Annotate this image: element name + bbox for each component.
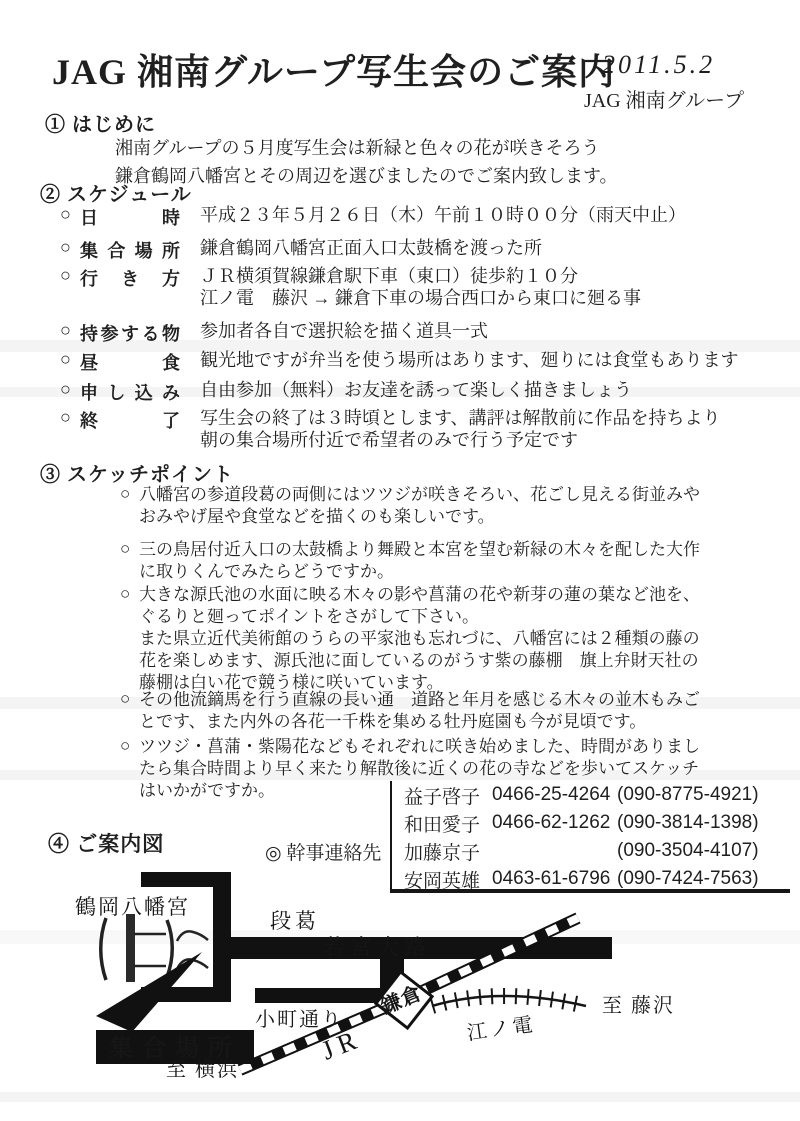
contact-mobile: (090-3814-1398) (617, 812, 759, 834)
enoden-label: 江ノ電 (465, 1013, 537, 1045)
schedule-row-access: ○ 行き方 ＪＲ横須賀線鎌倉駅下車（東口）徒歩約１０分 江ノ電 藤沢 → 鎌倉下… (60, 265, 641, 309)
section-heading-sketch-points: ③ スケッチポイント (40, 458, 234, 487)
section-heading-schedule: ② スケジュール (40, 178, 192, 207)
schedule-label: 終了 (80, 407, 180, 451)
sketch-point-item: ○ 大きな源氏池の水面に映る木々の影や菖蒲の花や新芽の蓮の葉など池を、 ぐるりと… (120, 584, 700, 694)
sketch-point-line: に取りくんでみたらどうですか。 (139, 561, 700, 583)
schedule-label: 集合場所 (80, 237, 180, 263)
circle-bullet-icon: ○ (120, 736, 139, 802)
schedule-row-end: ○ 終了 写生会の終了は３時頃とします、講評は解散前に作品を持ちより 朝の集合場… (60, 407, 721, 451)
schedule-value: 参加者各自で選択絵を描く道具一式 (200, 320, 488, 346)
schedule-label: 持参する物 (80, 320, 180, 346)
meeting-place-label: 集合場所 (109, 1034, 241, 1062)
schedule-row-datetime: ○ 日時 平成２３年５月２６日（木）午前１０時００分（雨天中止） (60, 204, 686, 230)
sketch-point-line: おみやげ屋や食堂などを描くのも楽しいです。 (139, 506, 700, 528)
map-road-komachi-dori (255, 988, 386, 1003)
schedule-value-line: 鎌倉鶴岡八幡宮正面入口太鼓橋を渡った所 (200, 237, 542, 259)
doc-group-name: JAG 湘南グループ (584, 84, 744, 113)
circle-bullet-icon: ○ (60, 379, 80, 405)
contact-tel: 0466-62-1262 (492, 812, 617, 834)
schedule-label: 申し込み (80, 379, 180, 405)
schedule-value: 観光地ですが弁当を使う場所はあります、廻りには食堂もあります (200, 349, 739, 375)
to-yokohama-label: 至 横浜 (166, 1058, 239, 1081)
section-heading-map: ④ ご案内図 (48, 828, 164, 858)
contact-mobile: (090-8775-4921) (617, 784, 759, 806)
sketch-point-line: また県立近代美術館のうらの平家池も忘れづに、八幡宮には２種類の藤の (139, 628, 700, 650)
sketch-point-line: ぐるりと廻ってポイントをさがして下さい。 (139, 606, 700, 628)
schedule-value-line: ＪＲ横須賀線鎌倉駅下車（東口）徒歩約１０分 (200, 265, 641, 287)
schedule-value: 自由参加（無料）お友達を誘って楽しく描きましょう (200, 379, 632, 405)
map-enoden-railway-line (432, 996, 586, 1006)
schedule-row-bring: ○ 持参する物 参加者各自で選択絵を描く道具一式 (60, 320, 488, 346)
intro-line: 湘南グループの５月度写生会は新緑と色々の花が咲きそろう (115, 134, 618, 162)
contact-row: 益子啓子 0466-25-4264 (090-8775-4921) (404, 781, 790, 809)
torii-gate-icon (101, 914, 173, 982)
contact-name: 益子啓子 (404, 782, 492, 809)
contact-tel: 0466-25-4264 (492, 784, 617, 806)
drum-bridge-icon (177, 931, 208, 969)
circle-bullet-icon: ○ (60, 265, 80, 309)
sketch-point-text: 八幡宮の参道段葛の両側にはツツジが咲きそろい、花ごし見える街並みや おみやげ屋や… (139, 484, 700, 528)
doc-date: 2011.5.2 (602, 50, 715, 80)
schedule-row-lunch: ○ 昼食 観光地ですが弁当を使う場所はあります、廻りには食堂もあります (60, 349, 739, 375)
shrine-label: 鶴岡八幡宮 (75, 895, 190, 919)
schedule-value-line: 参加者各自で選択絵を描く道具一式 (200, 320, 488, 342)
circle-bullet-icon: ○ (120, 689, 139, 733)
schedule-value-line: 平成２３年５月２６日（木）午前１０時００分（雨天中止） (200, 204, 686, 226)
schedule-value-line: 自由参加（無料）お友達を誘って楽しく描きましょう (200, 379, 632, 401)
schedule-value: 写生会の終了は３時頃とします、講評は解散前に作品を持ちより 朝の集合場所付近で希… (200, 407, 721, 451)
sketch-point-line: たら集合時間より早く来たり解散後に近くの花の寺などを歩いてスケッチ (139, 758, 700, 780)
schedule-value-line: 朝の集合場所付近で希望者のみで行う予定です (200, 429, 721, 451)
sketch-point-line: とです、また内外の各花一千株を集める牡丹庭園も今が見頃です。 (139, 711, 700, 733)
sketch-point-line: 大きな源氏池の水面に映る木々の影や菖蒲の花や新芽の蓮の葉など池を、 (139, 584, 700, 606)
sketch-point-line: 八幡宮の参道段葛の両側にはツツジが咲きそろい、花ごし見える街並みや (139, 484, 700, 506)
schedule-value: ＪＲ横須賀線鎌倉駅下車（東口）徒歩約１０分 江ノ電 藤沢 → 鎌倉下車の場合西口… (200, 265, 641, 309)
guide-map: 鎌倉 集合場所 鶴岡八幡宮 段葛 若宮大路 小町通り JR 至 横浜 江ノ電 至… (30, 860, 790, 1110)
dankazura-label: 段葛 (270, 909, 320, 933)
contact-mobile: (090-3504-4107) (617, 840, 759, 862)
sketch-point-line: その他流鏑馬を行う直線の長い通 道路と年月を感じる木々の並木もみご (139, 689, 700, 711)
circle-bullet-icon: ○ (60, 407, 80, 451)
contact-row: 和田愛子 0466-62-1262 (090-3814-1398) (404, 809, 790, 837)
circle-bullet-icon: ○ (60, 237, 80, 263)
sketch-point-item: ○ 三の鳥居付近入口の太鼓橋より舞殿と本宮を望む新緑の木々を配した大作 に取りく… (120, 539, 700, 583)
circle-bullet-icon: ○ (60, 204, 80, 230)
sketch-point-line: ツツジ・菖蒲・紫陽花などもそれぞれに咲き始めました、時間がありまし (139, 736, 700, 758)
schedule-label: 日時 (80, 204, 180, 230)
schedule-value: 鎌倉鶴岡八幡宮正面入口太鼓橋を渡った所 (200, 237, 542, 263)
scanned-flyer-page: { "header": { "title": "JAG 湘南グループ写生会のご案… (0, 0, 800, 1121)
sketch-point-text: 大きな源氏池の水面に映る木々の影や菖蒲の花や新芽の蓮の葉など池を、 ぐるりと廻っ… (139, 584, 700, 694)
sketch-point-text: その他流鏑馬を行う直線の長い通 道路と年月を感じる木々の並木もみご とです、また… (139, 689, 700, 733)
circle-bullet-icon: ○ (60, 349, 80, 375)
schedule-value: 平成２３年５月２６日（木）午前１０時００分（雨天中止） (200, 204, 686, 230)
sketch-point-item: ○ その他流鏑馬を行う直線の長い通 道路と年月を感じる木々の並木もみご とです、… (120, 689, 700, 733)
sketch-point-text: 三の鳥居付近入口の太鼓橋より舞殿と本宮を望む新緑の木々を配した大作 に取りくんで… (139, 539, 700, 583)
schedule-value-line: 写生会の終了は３時頃とします、講評は解散前に作品を持ちより (200, 407, 721, 429)
circle-bullet-icon: ○ (60, 320, 80, 346)
circle-bullet-icon: ○ (120, 484, 139, 528)
schedule-row-application: ○ 申し込み 自由参加（無料）お友達を誘って楽しく描きましょう (60, 379, 632, 405)
sketch-point-item: ○ 八幡宮の参道段葛の両側にはツツジが咲きそろい、花ごし見える街並みや おみやげ… (120, 484, 700, 528)
section-heading-intro: ① はじめに (45, 108, 156, 137)
schedule-value-line: 観光地ですが弁当を使う場所はあります、廻りには食堂もあります (200, 349, 739, 371)
schedule-list: ○ 日時 平成２３年５月２６日（木）午前１０時００分（雨天中止） ○ 集合場所 … (60, 204, 760, 454)
schedule-label: 行き方 (80, 265, 180, 309)
komachi-dori-label: 小町通り (255, 1008, 343, 1031)
page-title: JAG 湘南グループ写生会のご案内 (52, 44, 615, 95)
sketch-point-line: 花を楽しめます、源氏池に面しているのがうす紫の藤棚 旗上弁財天社の (139, 650, 700, 672)
circle-bullet-icon: ○ (120, 539, 139, 583)
schedule-value-line: 江ノ電 藤沢 → 鎌倉下車の場合西口から東口に廻る事 (200, 287, 641, 309)
schedule-label: 昼食 (80, 349, 180, 375)
wakamiya-oji-label: 若宮大路 (323, 935, 431, 960)
schedule-row-meeting-place: ○ 集合場所 鎌倉鶴岡八幡宮正面入口太鼓橋を渡った所 (60, 237, 542, 263)
contact-name: 和田愛子 (404, 810, 492, 837)
circle-bullet-icon: ○ (120, 584, 139, 694)
sketch-point-line: 三の鳥居付近入口の太鼓橋より舞殿と本宮を望む新緑の木々を配した大作 (139, 539, 700, 561)
to-fujisawa-label: 至 藤沢 (602, 994, 675, 1017)
sketch-points-list: ○ 八幡宮の参道段葛の両側にはツツジが咲きそろい、花ごし見える街並みや おみやげ… (120, 484, 780, 804)
